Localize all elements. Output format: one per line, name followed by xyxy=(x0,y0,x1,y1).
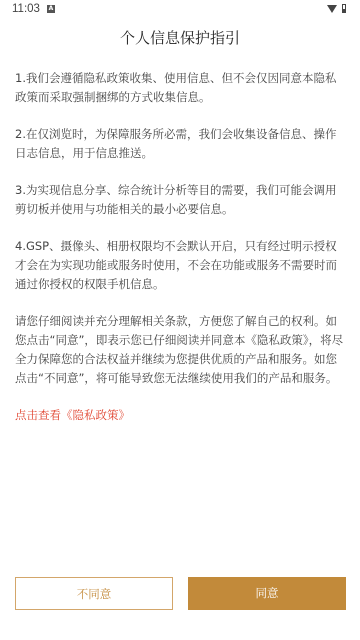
battery-icon xyxy=(342,4,346,13)
status-time: 11:03 xyxy=(12,3,40,15)
notification-icon: A xyxy=(47,5,55,13)
status-bar: 11:03 A xyxy=(0,0,360,20)
paragraph-5: 请您仔细阅读并充分理解相关条款，方便您了解自己的权利。如您点击“同意”，即表示您… xyxy=(15,312,347,388)
page-title: 个人信息保护指引 xyxy=(0,27,360,48)
disagree-button[interactable]: 不同意 xyxy=(15,577,173,610)
paragraph-3: 3.为实现信息分享、综合统计分析等目的需要，我们可能会调用剪切板并使用与功能相关… xyxy=(15,181,347,219)
paragraph-2: 2.在仅浏览时，为保障服务所必需，我们会收集设备信息、操作日志信息，用于信息推送… xyxy=(15,125,347,163)
privacy-policy-link[interactable]: 点击查看《隐私政策》 xyxy=(15,406,347,425)
privacy-content: 1.我们会遵循隐私政策收集、使用信息、但不会仅因同意本隐私政策而采取强制捆绑的方… xyxy=(15,69,347,443)
agree-button[interactable]: 同意 xyxy=(188,577,346,610)
paragraph-4: 4.GSP、摄像头、相册权限均不会默认开启，只有经过明示授权才会在为实现功能或服… xyxy=(15,237,347,294)
paragraph-1: 1.我们会遵循隐私政策收集、使用信息、但不会仅因同意本隐私政策而采取强制捆绑的方… xyxy=(15,69,347,107)
wifi-icon xyxy=(327,5,337,13)
